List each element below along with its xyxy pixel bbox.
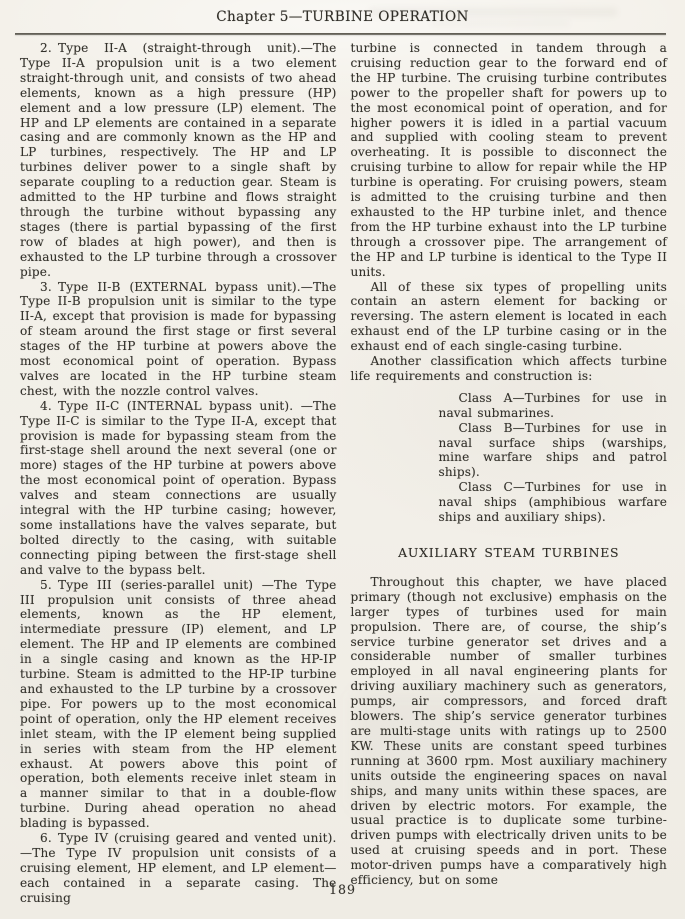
scanned-document-page: Chapter 5—TURBINE OPERATION 2. Type II-A… [0, 0, 685, 919]
paragraph-type-iia: 2. Type II-A (straight-through unit).—Th… [20, 41, 337, 280]
section-heading-auxiliary-steam-turbines: AUXILIARY STEAM TURBINES [351, 546, 668, 561]
right-column: turbine is connected in tandem through a… [351, 41, 668, 906]
paragraph-classification-intro: Another classification which affects tur… [351, 354, 668, 384]
list-item-class-b: Class B—Turbines for use in naval surfac… [351, 421, 668, 481]
paragraph-auxiliary-turbines: Throughout this chapter, we have placed … [351, 575, 668, 888]
two-column-text-body: 2. Type II-A (straight-through unit).—Th… [0, 25, 685, 906]
paragraph-type-iic: 4. Type II-C (INTERNAL bypass unit). —Th… [20, 399, 337, 578]
chapter-header-title: Chapter 5—TURBINE OPERATION [0, 0, 685, 25]
paragraph-astern-element: All of these six types of propelling uni… [351, 280, 668, 355]
paragraph-type-iii: 5. Type III (series-parallel unit) —The … [20, 578, 337, 831]
paragraph-type-iv-continuation: turbine is connected in tandem through a… [351, 41, 668, 280]
page-number: 189 [0, 882, 685, 897]
list-item-class-a: Class A—Turbines for use in naval submar… [351, 391, 668, 421]
turbine-class-list: Class A—Turbines for use in naval submar… [351, 391, 668, 525]
left-column: 2. Type II-A (straight-through unit).—Th… [20, 41, 337, 906]
paragraph-type-iib: 3. Type II-B (EXTERNAL bypass unit).—The… [20, 280, 337, 399]
list-item-class-c: Class C—Turbines for use in naval ships … [351, 480, 668, 525]
